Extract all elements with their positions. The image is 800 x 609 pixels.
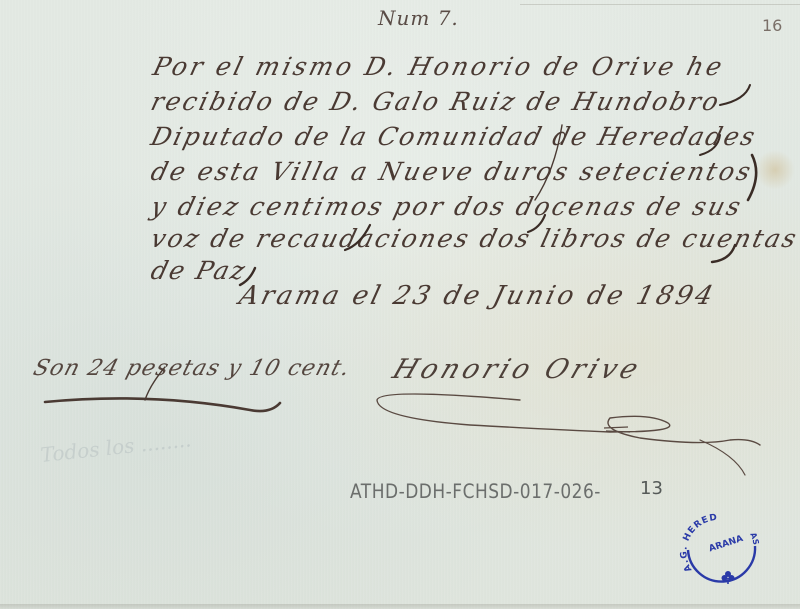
body-line-1: Por el mismo D. Honorio de Orive he bbox=[150, 52, 728, 81]
body-line-4: de esta Villa a Nueve duros setecientos bbox=[148, 157, 756, 186]
archive-stamp: A.G. HEREDADES AS ARANA bbox=[678, 510, 762, 594]
folio-number: 16 bbox=[762, 16, 782, 35]
body-line-7: de Paz bbox=[148, 256, 250, 285]
stamp-outer-text-right: AS bbox=[748, 531, 760, 546]
body-line-3: Diputado de la Comunidad de Heredades bbox=[148, 122, 760, 151]
archive-reference: ATHD-DDH-FCHSD-017-026- bbox=[350, 481, 601, 504]
page-bottom-edge bbox=[0, 604, 800, 609]
date-line: Arama el 23 de Junio de 1894 bbox=[236, 281, 719, 311]
paper-stain bbox=[755, 150, 795, 190]
svg-text:A.G. HEREDADES: A.G. HEREDADES bbox=[678, 510, 719, 573]
bleed-through-text: Todos los ........ bbox=[39, 417, 290, 467]
signature: Honorio Orive bbox=[388, 354, 646, 385]
svg-text:AS: AS bbox=[748, 531, 760, 546]
stamp-inner-text: ARANA bbox=[708, 534, 745, 554]
body-line-5: y diez centimos por dos docenas de sus bbox=[148, 192, 746, 221]
archive-item-number: 13 bbox=[640, 478, 663, 499]
page-top-edge bbox=[520, 0, 800, 5]
body-line-6: voz de recaudaciones dos libros de cuent… bbox=[148, 224, 800, 253]
document-number: Num 7. bbox=[378, 6, 459, 30]
document-page: Todos los ........ Num 7. 16 Por el mism… bbox=[0, 0, 800, 609]
body-line-2: recibido de D. Galo Ruiz de Hundobro bbox=[148, 87, 724, 116]
amount-note: Son 24 pesetas y 10 cent. bbox=[30, 356, 353, 381]
stamp-outer-text: A.G. HEREDADES bbox=[678, 510, 719, 573]
